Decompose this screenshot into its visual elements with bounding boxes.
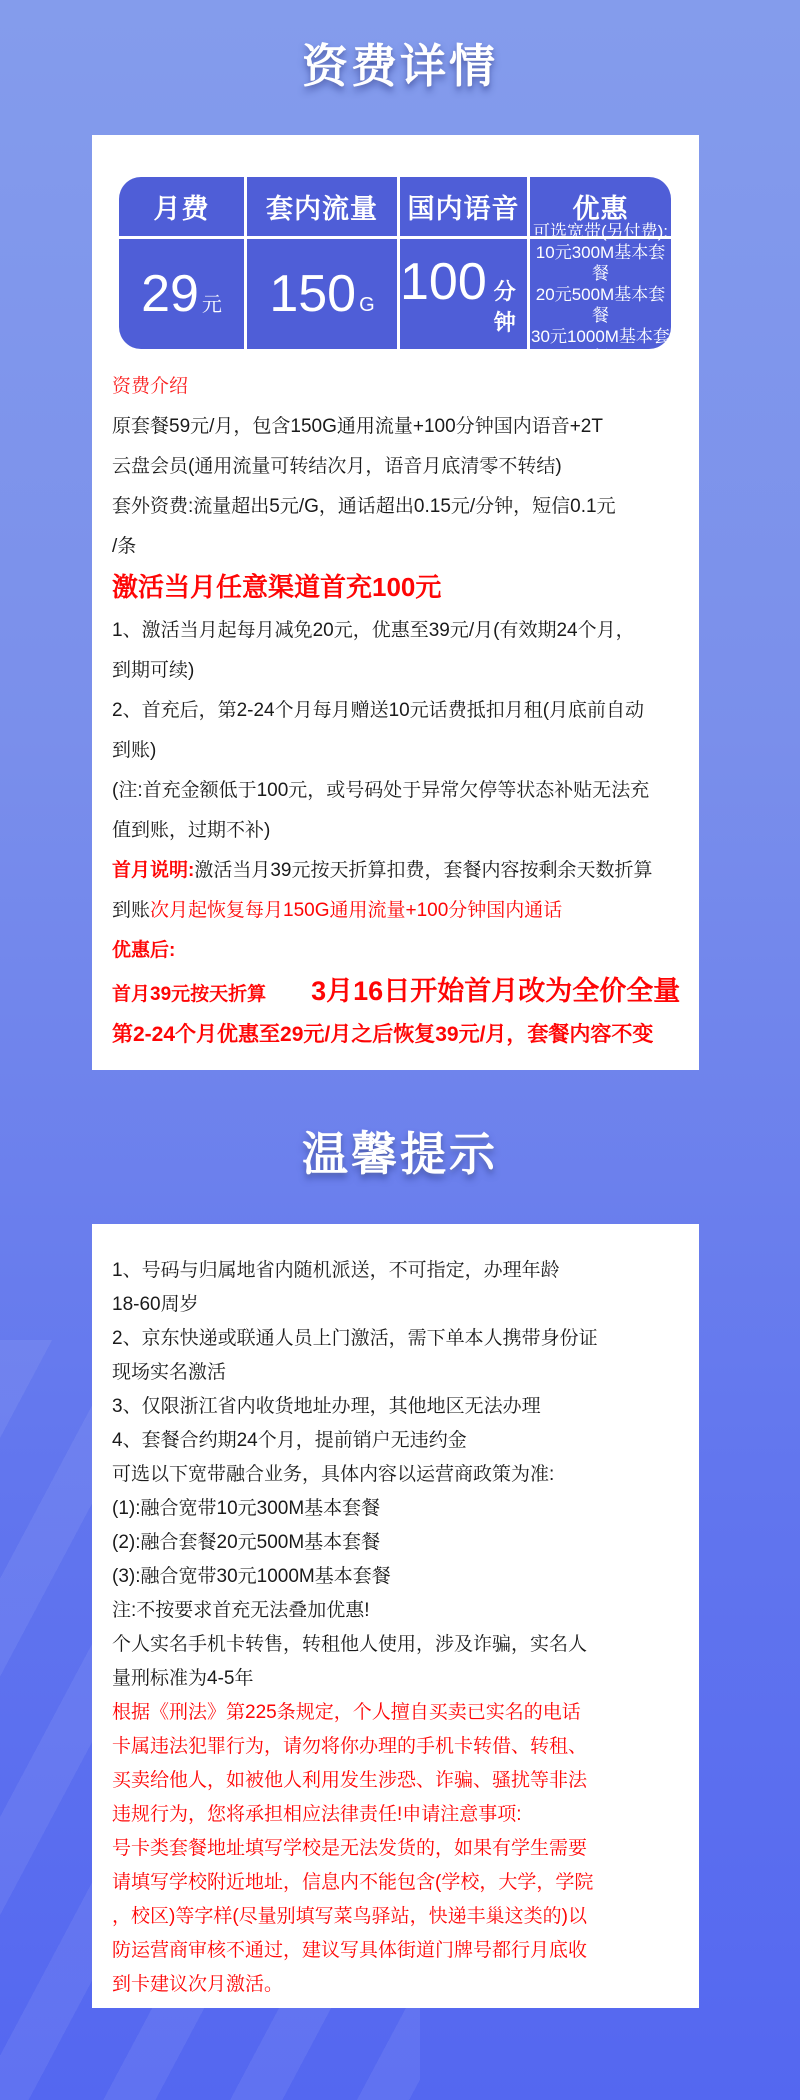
text-span: 4、套餐合约期24个月，提前销户无违约金: [112, 1430, 467, 1451]
text-span: 2、京东快递或联通人员上门激活，需下单本人携带身份证: [112, 1328, 598, 1349]
text-span: 2、首充后，第2-24个月每月赠送10元话费抵扣月租(月底前自动: [112, 700, 644, 721]
text-line: 到卡建议次月激活。: [112, 1968, 691, 2002]
text-line: 到账次月起恢复每月150G通用流量+100分钟国内通话: [112, 891, 691, 931]
text-span: 资费介绍: [112, 376, 188, 397]
notice-title-text: 温馨提示: [302, 1128, 498, 1180]
text-line: 2、首充后，第2-24个月每月赠送10元话费抵扣月租(月底前自动: [112, 691, 691, 731]
text-line: 个人实名手机卡转售，转租他人使用，涉及诈骗，实名人: [112, 1628, 691, 1662]
text-line: 激活当月任意渠道首充100元: [112, 567, 691, 611]
text-span: (3):融合宽带30元1000M基本套餐: [112, 1566, 391, 1587]
text-span: 现场实名激活: [112, 1362, 226, 1383]
text-line: 请填写学校附近地址，信息内不能包含(学校，大学，学院: [112, 1866, 691, 1900]
section-title-tariff: 资费详情: [0, 0, 800, 98]
text-line: 值到账，过期不补): [112, 811, 691, 851]
text-line: /条: [112, 527, 691, 567]
text-span: 到账): [112, 740, 156, 761]
text-line: 套外资费:流量超出5元/G，通话超出0.15元/分钟，短信0.1元: [112, 487, 691, 527]
tariff-text-block: 资费介绍原套餐59元/月，包含150G通用流量+100分钟国内语音+2T云盘会员…: [112, 367, 691, 1056]
text-line: 卡属违法犯罪行为，请勿将你办理的手机卡转借、转租、: [112, 1730, 691, 1764]
monthly-fee-value: 29: [141, 264, 199, 324]
text-line: 首月39元按天折算3月16日开始首月改为全价全量: [112, 971, 691, 1015]
voice-minutes-unit: 分钟: [494, 275, 527, 337]
text-span: ，校区)等字样(尽量别填写菜鸟驿站，快递丰巢这类的)以: [112, 1906, 587, 1927]
text-span: 值到账，过期不补): [112, 820, 270, 841]
text-span: 到期可续): [112, 660, 194, 681]
text-span: 到卡建议次月激活。: [112, 1974, 283, 1995]
text-span: (注:首充金额低于100元，或号码处于异常欠停等状态补贴无法充: [112, 780, 649, 801]
text-span: /条: [112, 536, 136, 557]
text-line: 量刑标准为4-5年: [112, 1662, 691, 1696]
text-span: 个人实名手机卡转售，转租他人使用，涉及诈骗，实名人: [112, 1634, 587, 1655]
text-span: 违规行为，您将承担相应法律责任!申请注意事项:: [112, 1804, 522, 1825]
text-span: 激活当月39元按天折算扣费，套餐内容按剩余天数折算: [194, 860, 652, 881]
text-line: 优惠后:: [112, 931, 691, 971]
voice-minutes: 100分钟: [400, 252, 527, 337]
text-span: 18-60周岁: [112, 1294, 199, 1315]
text-line: 资费介绍: [112, 367, 691, 407]
text-line: 根据《刑法》第225条规定，个人擅自买卖已实名的电话: [112, 1696, 691, 1730]
monthly-fee-unit: 元: [202, 288, 222, 317]
data-allowance: 150G: [269, 264, 374, 324]
text-span: 请填写学校附近地址，信息内不能包含(学校，大学，学院: [112, 1872, 593, 1893]
text-line: (注:首充金额低于100元，或号码处于异常欠停等状态补贴无法充: [112, 771, 691, 811]
text-line: 2、京东快递或联通人员上门激活，需下单本人携带身份证: [112, 1322, 691, 1356]
broadband-discount-line: 10元300M基本套餐: [530, 242, 671, 284]
text-line: (3):融合宽带30元1000M基本套餐: [112, 1560, 691, 1594]
text-span: 根据《刑法》第225条规定，个人擅自买卖已实名的电话: [112, 1702, 581, 1723]
notice-text-block: 1、号码与归属地省内随机派送，不可指定，办理年龄18-60周岁2、京东快递或联通…: [92, 1224, 699, 2002]
text-line: 违规行为，您将承担相应法律责任!申请注意事项:: [112, 1798, 691, 1832]
text-span: 第2-24个月优惠至29元/月之后恢复39元/月，套餐内容不变: [112, 1023, 653, 1046]
voice-minutes-cell: 100分钟: [400, 239, 527, 349]
broadband-discount-line: 可选宽带(另付费):: [533, 221, 668, 242]
text-span: 优惠后:: [112, 940, 175, 961]
section-title-notice: 温馨提示: [0, 1122, 800, 1186]
text-span: 云盘会员(通用流量可转结次月，语音月底清零不转结): [112, 456, 562, 477]
text-line: 首月说明:激活当月39元按天折算扣费，套餐内容按剩余天数折算: [112, 851, 691, 891]
text-line: 18-60周岁: [112, 1288, 691, 1322]
text-line: 4、套餐合约期24个月，提前销户无违约金: [112, 1424, 691, 1458]
plan-table-header-1: 套内流量: [247, 177, 397, 236]
text-line: ，校区)等字样(尽量别填写菜鸟驿站，快递丰巢这类的)以: [112, 1900, 691, 1934]
broadband-discount-line: 30元1000M基本套餐: [530, 326, 671, 350]
text-span: 次月起恢复每月150G通用流量+100分钟国内通话: [150, 900, 562, 921]
text-span: 3月16日开始首月改为全价全量: [311, 976, 680, 1006]
text-span: 卡属违法犯罪行为，请勿将你办理的手机卡转借、转租、: [112, 1736, 587, 1757]
text-span: (1):融合宽带10元300M基本套餐: [112, 1498, 380, 1519]
promo-page: { "section1": { "title": "资费详情" }, "sect…: [0, 0, 800, 2100]
text-span: 原套餐59元/月，包含150G通用流量+100分钟国内语音+2T: [112, 416, 603, 437]
plan-table-header-0: 月费: [119, 177, 244, 236]
text-line: 号卡类套餐地址填写学校是无法发货的，如果有学生需要: [112, 1832, 691, 1866]
text-span: 注:不按要求首充无法叠加优惠!: [112, 1600, 370, 1621]
plan-table: 月费套内流量国内语音优惠 29元 150G 100分钟 可选宽带(另付费):10…: [119, 177, 671, 349]
text-line: 1、激活当月起每月减免20元，优惠至39元/月(有效期24个月，: [112, 611, 691, 651]
data-allowance-cell: 150G: [247, 239, 397, 349]
text-span: 防运营商审核不通过，建议写具体街道门牌号都行月底收: [112, 1940, 587, 1961]
text-span: 买卖给他人，如被他人利用发生涉恐、诈骗、骚扰等非法: [112, 1770, 587, 1791]
text-line: 云盘会员(通用流量可转结次月，语音月底清零不转结): [112, 447, 691, 487]
text-line: 1、号码与归属地省内随机派送，不可指定，办理年龄: [112, 1254, 691, 1288]
text-line: (2):融合套餐20元500M基本套餐: [112, 1526, 691, 1560]
text-span: 1、号码与归属地省内随机派送，不可指定，办理年龄: [112, 1260, 560, 1281]
plan-table-header-2: 国内语音: [400, 177, 527, 236]
text-span: 3、仅限浙江省内收货地址办理，其他地区无法办理: [112, 1396, 541, 1417]
notice-card: 1、号码与归属地省内随机派送，不可指定，办理年龄18-60周岁2、京东快递或联通…: [92, 1224, 699, 2008]
text-line: 第2-24个月优惠至29元/月之后恢复39元/月，套餐内容不变: [112, 1015, 691, 1056]
text-span: 可选以下宽带融合业务，具体内容以运营商政策为准:: [112, 1464, 554, 1485]
text-line: 原套餐59元/月，包含150G通用流量+100分钟国内语音+2T: [112, 407, 691, 447]
text-line: (1):融合宽带10元300M基本套餐: [112, 1492, 691, 1526]
data-allowance-unit: G: [359, 294, 375, 317]
text-span: 1、激活当月起每月减免20元，优惠至39元/月(有效期24个月，: [112, 620, 635, 641]
text-line: 可选以下宽带融合业务，具体内容以运营商政策为准:: [112, 1458, 691, 1492]
monthly-fee: 29元: [141, 264, 222, 324]
text-line: 现场实名激活: [112, 1356, 691, 1390]
voice-minutes-value: 100: [400, 252, 487, 312]
broadband-discount-cell: 可选宽带(另付费):10元300M基本套餐20元500M基本套餐30元1000M…: [530, 239, 671, 349]
broadband-discount-line: 20元500M基本套餐: [530, 284, 671, 326]
plan-table-value-row: 29元 150G 100分钟 可选宽带(另付费):10元300M基本套餐20元5…: [119, 239, 671, 349]
text-span: (2):融合套餐20元500M基本套餐: [112, 1532, 380, 1553]
tariff-title-text: 资费详情: [302, 40, 498, 92]
text-line: 买卖给他人，如被他人利用发生涉恐、诈骗、骚扰等非法: [112, 1764, 691, 1798]
data-allowance-value: 150: [269, 264, 356, 324]
text-span: 量刑标准为4-5年: [112, 1668, 253, 1689]
text-span: 首月39元按天折算: [112, 984, 266, 1005]
text-span: 首月说明:: [112, 860, 194, 881]
text-span: 套外资费:流量超出5元/G，通话超出0.15元/分钟，短信0.1元: [112, 496, 616, 517]
text-span: 号卡类套餐地址填写学校是无法发货的，如果有学生需要: [112, 1838, 587, 1859]
text-line: 3、仅限浙江省内收货地址办理，其他地区无法办理: [112, 1390, 691, 1424]
text-span: 激活当月任意渠道首充100元: [112, 572, 441, 602]
text-line: 防运营商审核不通过，建议写具体街道门牌号都行月底收: [112, 1934, 691, 1968]
monthly-fee-cell: 29元: [119, 239, 244, 349]
tariff-card: 月费套内流量国内语音优惠 29元 150G 100分钟 可选宽带(另付费):10…: [92, 135, 699, 1070]
text-line: 注:不按要求首充无法叠加优惠!: [112, 1594, 691, 1628]
text-line: 到期可续): [112, 651, 691, 691]
text-line: 到账): [112, 731, 691, 771]
text-span: 到账: [112, 900, 150, 921]
